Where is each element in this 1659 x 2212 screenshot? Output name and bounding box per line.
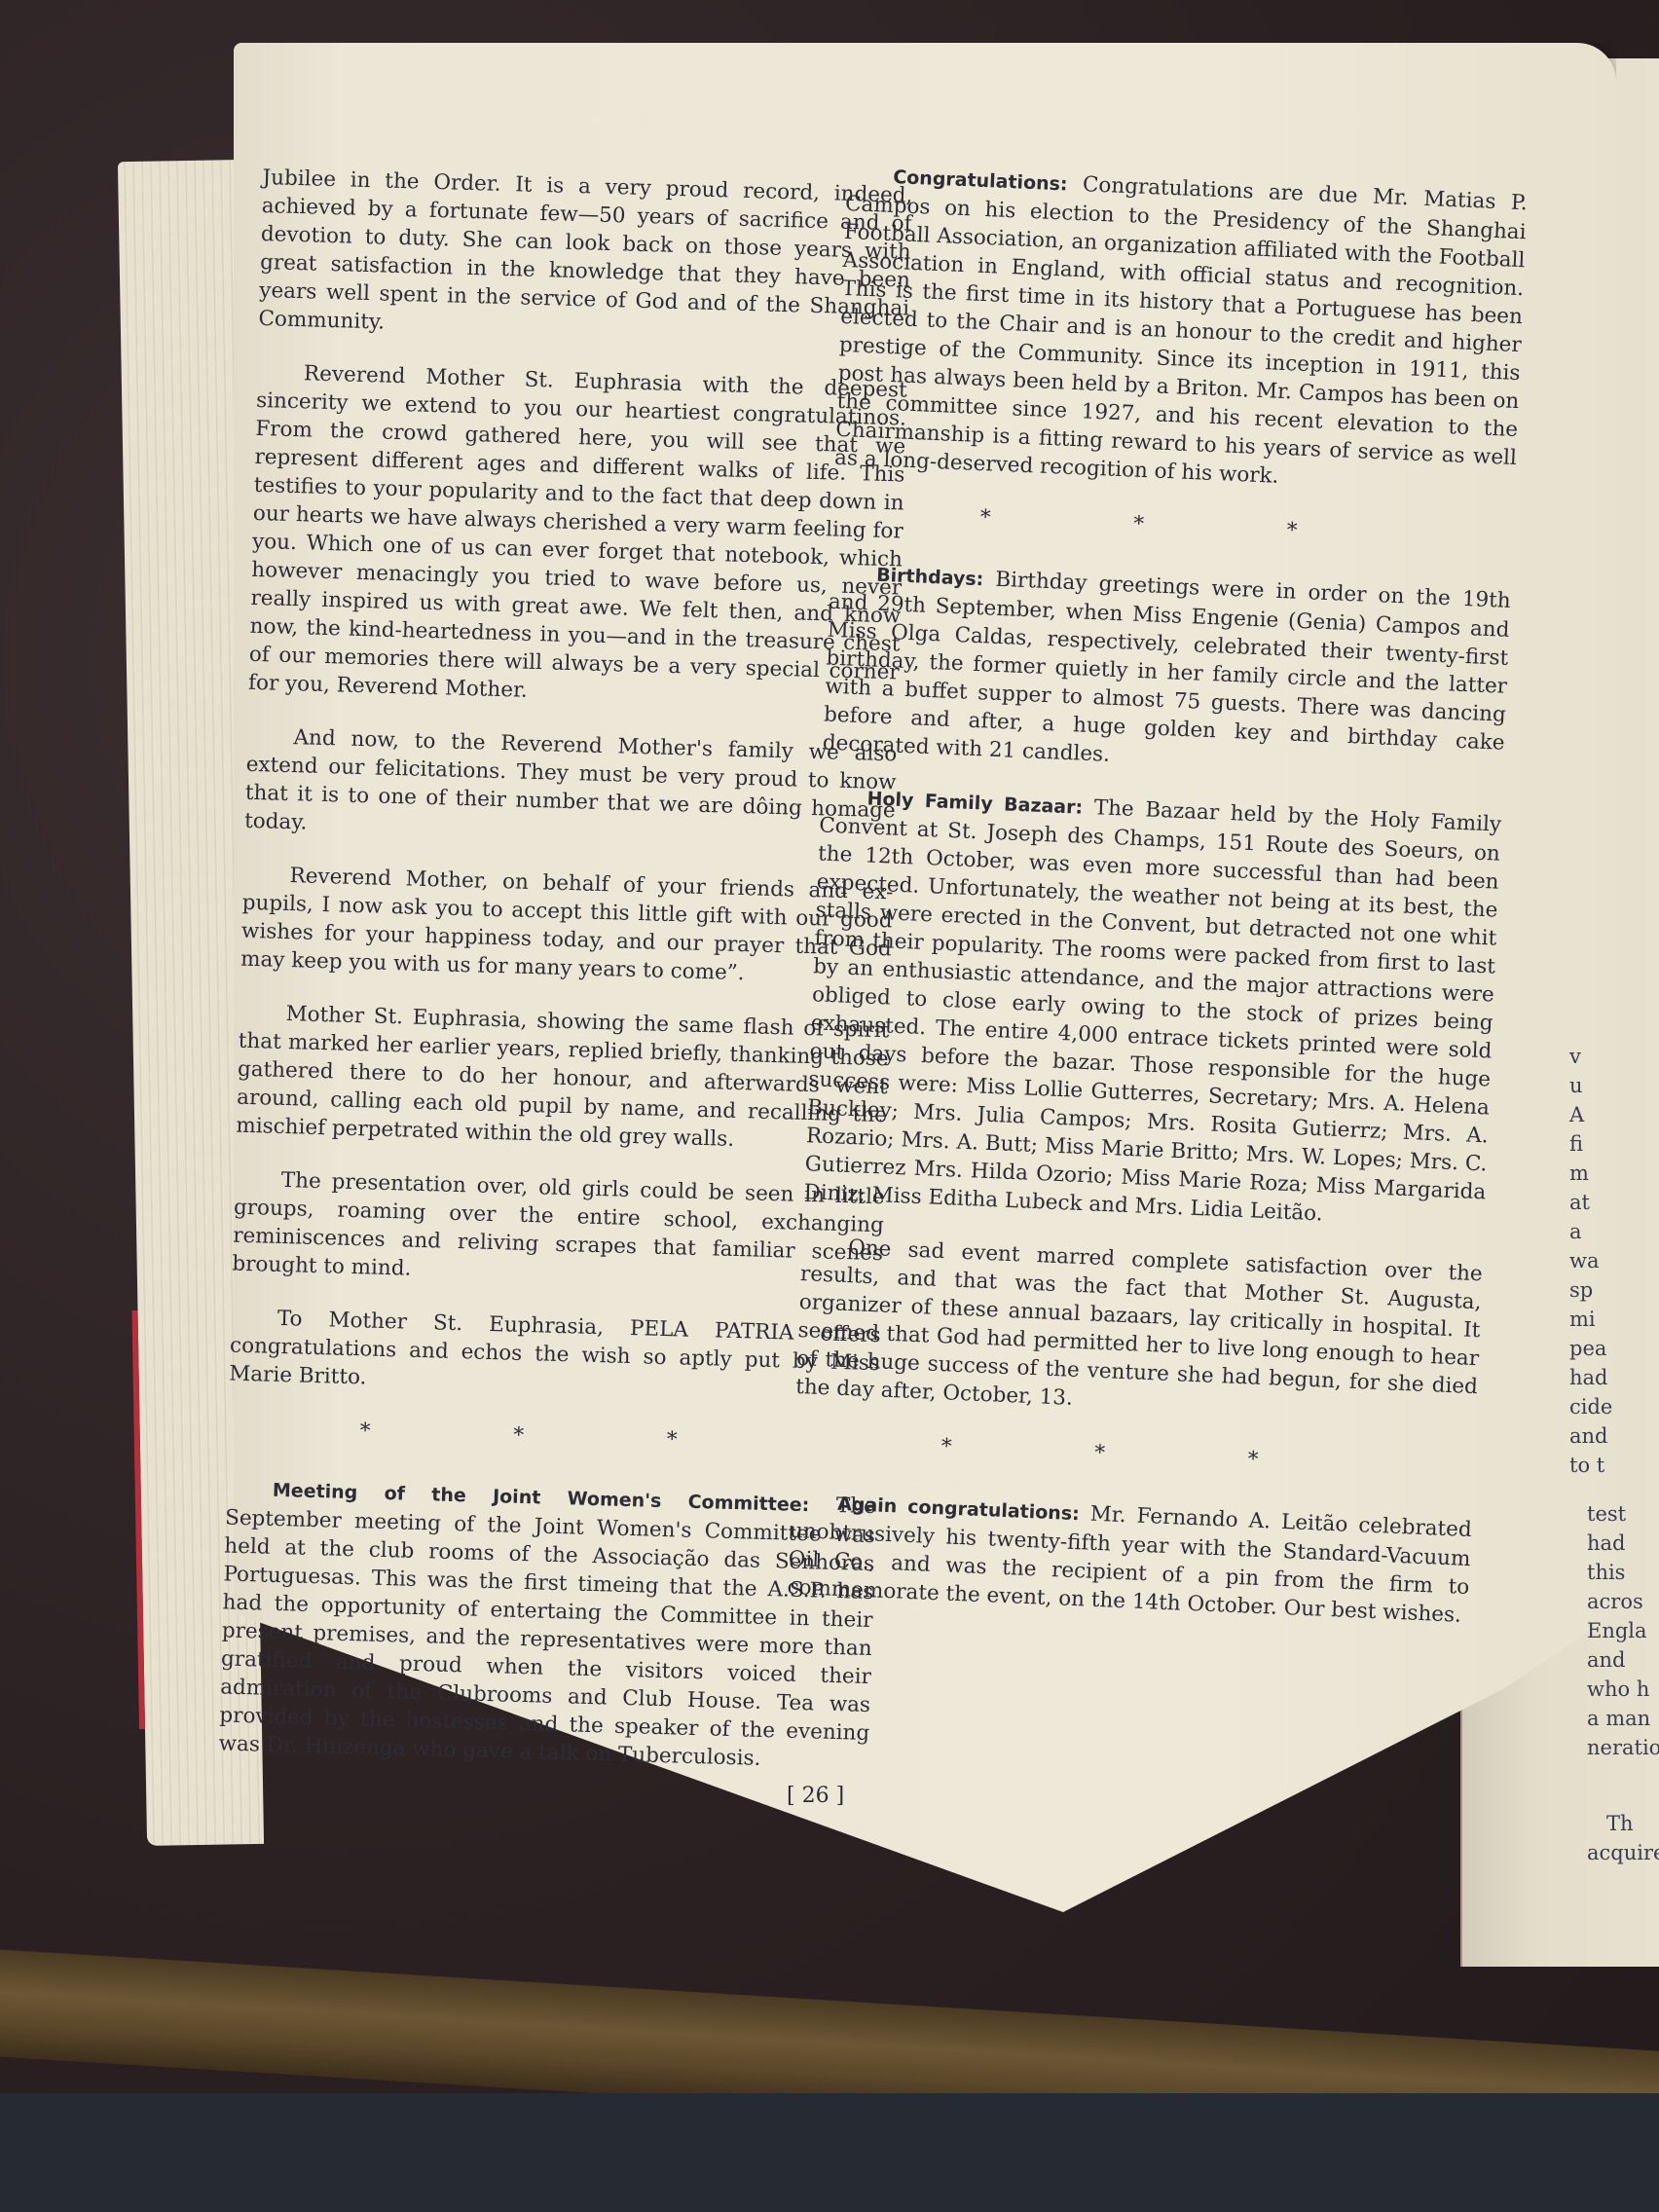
fragment: who h (1587, 1675, 1659, 1704)
section-body: Birthday greetings were in order on the … (822, 568, 1511, 767)
fragment: acquire (1587, 1838, 1659, 1867)
right-column: Congratulations: Congratulations are due… (786, 161, 1528, 1655)
section-body: Congratulations are due Mr. Matias P. Ca… (834, 172, 1529, 489)
paragraph: The presentation over, old girls could b… (232, 1165, 885, 1297)
section-heading: Holy Family Bazaar: (866, 788, 1083, 818)
fragment: a (1569, 1217, 1612, 1246)
section-heading: Again congratulations: (837, 1493, 1080, 1525)
fragment: and (1587, 1645, 1659, 1675)
fragment: a man (1587, 1704, 1659, 1733)
fragment: and (1569, 1421, 1612, 1451)
section-separator: * * * (831, 498, 1514, 554)
section-separator: * * * (793, 1426, 1475, 1483)
paragraph: And now, to the Reverend Mother's family… (244, 722, 898, 854)
adjacent-page-text-upper: v u A fi m at a wa sp mi pea had cide an… (1569, 1042, 1612, 1480)
fragment: fi (1569, 1129, 1612, 1159)
paragraph: Reverend Mother St. Euphrasia with the d… (248, 358, 907, 716)
fragment: wa (1569, 1246, 1612, 1275)
fragment: test (1587, 1499, 1659, 1529)
section-heading: Birthdays: (876, 565, 984, 591)
section-body: The Bazaar held by the Holy Family Conve… (803, 795, 1501, 1226)
section-separator: * * * (227, 1413, 878, 1459)
fragment: to t (1569, 1451, 1612, 1480)
fragment: had (1569, 1363, 1612, 1392)
fragment: acros (1587, 1587, 1659, 1616)
fragment: m (1569, 1159, 1612, 1188)
paragraph: Mother St. Euphrasia, showing the same f… (236, 999, 890, 1159)
fragment: v (1569, 1042, 1612, 1071)
page-number: [ 26 ] (787, 1784, 844, 1808)
fragment: mi (1569, 1305, 1612, 1334)
fragment: had (1587, 1529, 1659, 1558)
fragment: this (1587, 1558, 1659, 1587)
fragment: cide (1569, 1392, 1612, 1421)
paragraph: Reverend Mother, on behalf of your frien… (240, 861, 894, 992)
fragment: u (1569, 1071, 1612, 1100)
fragment: neratio (1587, 1733, 1659, 1762)
paragraph: One sad event marred complete satisfacti… (795, 1232, 1484, 1429)
fragment: sp (1569, 1275, 1612, 1305)
fragment: at (1569, 1188, 1612, 1217)
section-heading: Congratulations: (893, 166, 1068, 195)
section-body: The September meeting of the Joint Women… (218, 1493, 876, 1771)
floor (0, 2093, 1659, 2212)
adjacent-page-text-lower: test had this acros Engla and who h a ma… (1587, 1499, 1659, 1867)
again-congratulations-section: Again congratulations: Mr. Fernando A. L… (787, 1488, 1472, 1630)
birthdays-section: Birthdays: Birthday greetings were in or… (822, 559, 1511, 786)
paragraph: Jubilee in the Order. It is a very proud… (258, 164, 913, 351)
meeting-section: Meeting of the Joint Women's Committee: … (218, 1474, 876, 1776)
fragment: pea (1569, 1334, 1612, 1363)
bazaar-section: Holy Family Bazaar: The Bazaar held by t… (803, 782, 1502, 1235)
paragraph: To Mother St. Euphrasia, PELA PATRIA off… (229, 1304, 881, 1407)
fragment: Engla (1587, 1616, 1659, 1645)
fragment: A (1569, 1100, 1612, 1129)
congratulations-section: Congratulations: Congratulations are due… (834, 161, 1529, 500)
fragment: Th (1587, 1809, 1659, 1838)
section-body: Mr. Fernando A. Leitão celebrated unobtr… (787, 1502, 1472, 1628)
